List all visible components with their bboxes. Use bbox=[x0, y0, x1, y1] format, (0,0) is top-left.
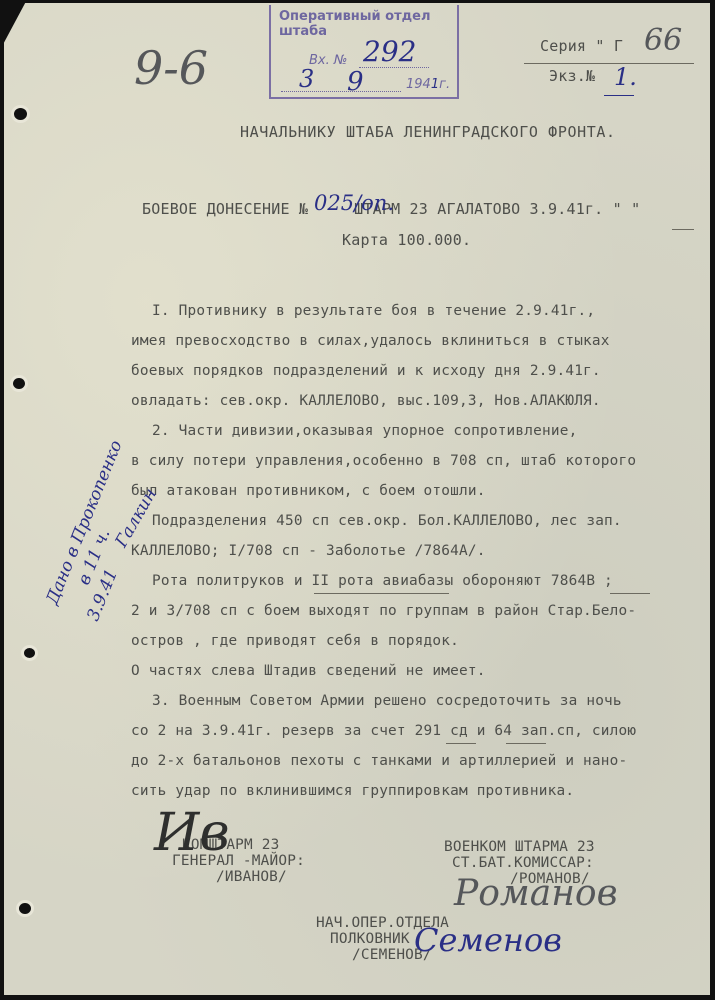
punch-hole bbox=[13, 378, 25, 389]
stamp-date-day: 3 bbox=[299, 65, 314, 93]
commissar-rank: СТ.БАТ.КОМИССАР: bbox=[452, 855, 594, 871]
stamp-date-month: 9 bbox=[347, 67, 364, 97]
body-line: 2 и 3/708 сп с боем выходят по группам в… bbox=[131, 603, 636, 619]
body-line: Подразделения 450 сп сев.окр. Бол.КАЛЛЕЛ… bbox=[152, 513, 622, 529]
copy-value: 1. bbox=[614, 63, 637, 91]
body-line: О частях слева Штадив сведений не имеет. bbox=[131, 663, 486, 679]
document-page: Оперативный отдел штаба Вх. № 292 3 9 19… bbox=[4, 3, 710, 995]
body-line: в силу потери управления,особенно в 708 … bbox=[131, 453, 636, 469]
punch-hole bbox=[24, 648, 35, 658]
report-number-handwritten: 025/оп. bbox=[314, 191, 394, 215]
commander-name: /ИВАНОВ/ bbox=[216, 869, 287, 885]
archive-mark-handwritten: 9-6 bbox=[134, 41, 208, 95]
stamp-year: 1941г. bbox=[406, 77, 450, 92]
body-line: имея превосходство в силах,удалось вклин… bbox=[131, 333, 610, 349]
body-line: был атакован противником, с боем отошли. bbox=[131, 483, 486, 499]
body-line: боевых порядков подразделений и к исходу… bbox=[131, 363, 601, 379]
punch-hole bbox=[19, 903, 31, 914]
stamp-incoming-label: Вх. № bbox=[309, 53, 347, 68]
stamp-incoming-number: 292 bbox=[363, 35, 416, 68]
body-line: сить удар по вклинившимся группировкам п… bbox=[131, 783, 574, 799]
series-value: 66 bbox=[644, 23, 682, 58]
map-scale: Карта 100.000. bbox=[342, 231, 471, 249]
series-label: Серия " Г bbox=[540, 37, 623, 55]
body-line: Рота политруков и II рота авиабазы оборо… bbox=[152, 573, 613, 589]
body-line: 3. Военным Советом Армии решено сосредот… bbox=[152, 693, 622, 709]
body-line: КАЛЛЕЛОВО; I/708 сп - Заболотье /7864А/. bbox=[131, 543, 486, 559]
commander-signature: Ив bbox=[154, 803, 230, 863]
incoming-stamp: Оперативный отдел штаба Вх. № 292 3 9 19… bbox=[269, 5, 459, 99]
commissar-title: ВОЕНКОМ ШТАРМА 23 bbox=[444, 839, 595, 855]
ops-chief-rank: ПОЛКОВНИК bbox=[330, 931, 410, 947]
body-line: I. Противнику в результате боя в течение… bbox=[152, 303, 595, 319]
ops-chief-signature: Семенов bbox=[414, 921, 562, 959]
body-line: овладать: сев.окр. КАЛЛЕЛОВО, выс.109,3,… bbox=[131, 393, 601, 409]
body-line: до 2-х батальонов пехоты с танками и арт… bbox=[131, 753, 627, 769]
body-line: 2. Части дивизии,оказывая упорное сопрот… bbox=[152, 423, 577, 439]
body-line: остров , где приводят себя в порядок. bbox=[131, 633, 459, 649]
copy-label: Экз.№ bbox=[549, 67, 595, 85]
body-line: со 2 на 3.9.41г. резерв за счет 291 сд и… bbox=[131, 723, 636, 739]
punch-hole bbox=[14, 108, 27, 120]
addressee-heading: НАЧАЛЬНИКУ ШТАБА ЛЕНИНГРАДСКОГО ФРОНТА. bbox=[240, 123, 616, 141]
commissar-signature: Романов bbox=[454, 873, 618, 914]
